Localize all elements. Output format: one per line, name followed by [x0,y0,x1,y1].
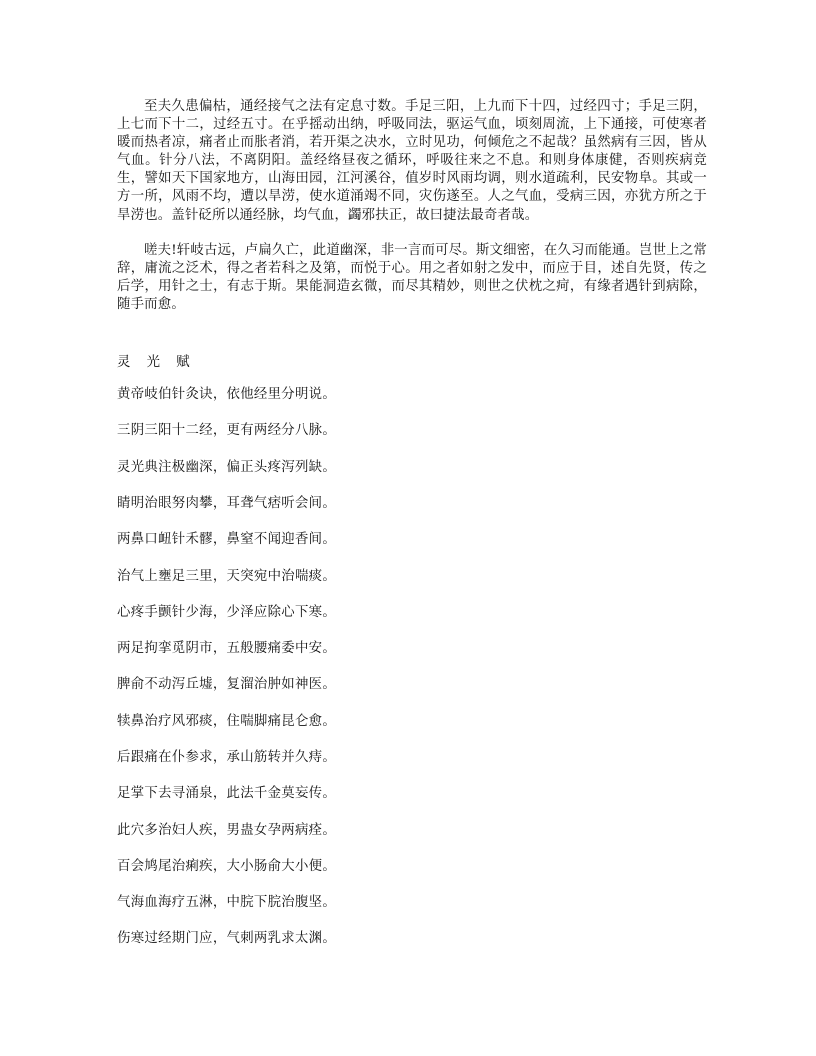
document-page: 至夫久患偏枯，通经接气之法有定息寸数。手足三阳，上九而下十四，过经四寸；手足三阴… [117,98,707,948]
body-paragraph-2: 嗟夫!轩岐古远，卢扁久亡，此道幽深，非一言而可尽。斯文细密，在久习而能通。岂世上… [117,242,707,314]
verse-line: 犊鼻治疗风邪痰，住喘脚痛昆仑愈。 [117,713,707,731]
verse-line: 两鼻口衄针禾髎，鼻窒不闻迎香间。 [117,531,707,549]
body-paragraph-1: 至夫久患偏枯，通经接气之法有定息寸数。手足三阳，上九而下十四，过经四寸；手足三阴… [117,98,707,225]
verse-line: 后跟痛在仆参求，承山筋转并久痔。 [117,749,707,767]
verse-line: 三阴三阳十二经，更有两经分八脉。 [117,422,707,440]
verse-line: 此穴多治妇人疾，男蛊女孕两病痊。 [117,822,707,840]
verse-line: 伤寒过经期门应，气刺两乳求太渊。 [117,930,707,948]
verse-line: 心疼手颤针少海，少泽应除心下寒。 [117,604,707,622]
verse-line: 两足拘挛觅阴市，五般腰痛委中安。 [117,640,707,658]
verse-line: 黄帝岐伯针灸诀，依他经里分明说。 [117,386,707,404]
verse-line: 睛明治眼努肉攀，耳聋气痞听会间。 [117,495,707,513]
verse-list: 黄帝岐伯针灸诀，依他经里分明说。 三阴三阳十二经，更有两经分八脉。 灵光典注极幽… [117,386,707,948]
verse-line: 治气上壅足三里，天突宛中治喘痰。 [117,568,707,586]
verse-line: 气海血海疗五淋，中脘下脘治腹坚。 [117,894,707,912]
verse-line: 脾俞不动泻丘墟，复溜治肿如神医。 [117,676,707,694]
verse-line: 灵光典注极幽深，偏正头疼泻列缺。 [117,459,707,477]
verse-line: 百会鸠尾治痢疾，大小肠俞大小便。 [117,858,707,876]
verse-line: 足掌下去寻涌泉，此法千金莫妄传。 [117,785,707,803]
section-title: 灵 光 赋 [117,354,707,372]
